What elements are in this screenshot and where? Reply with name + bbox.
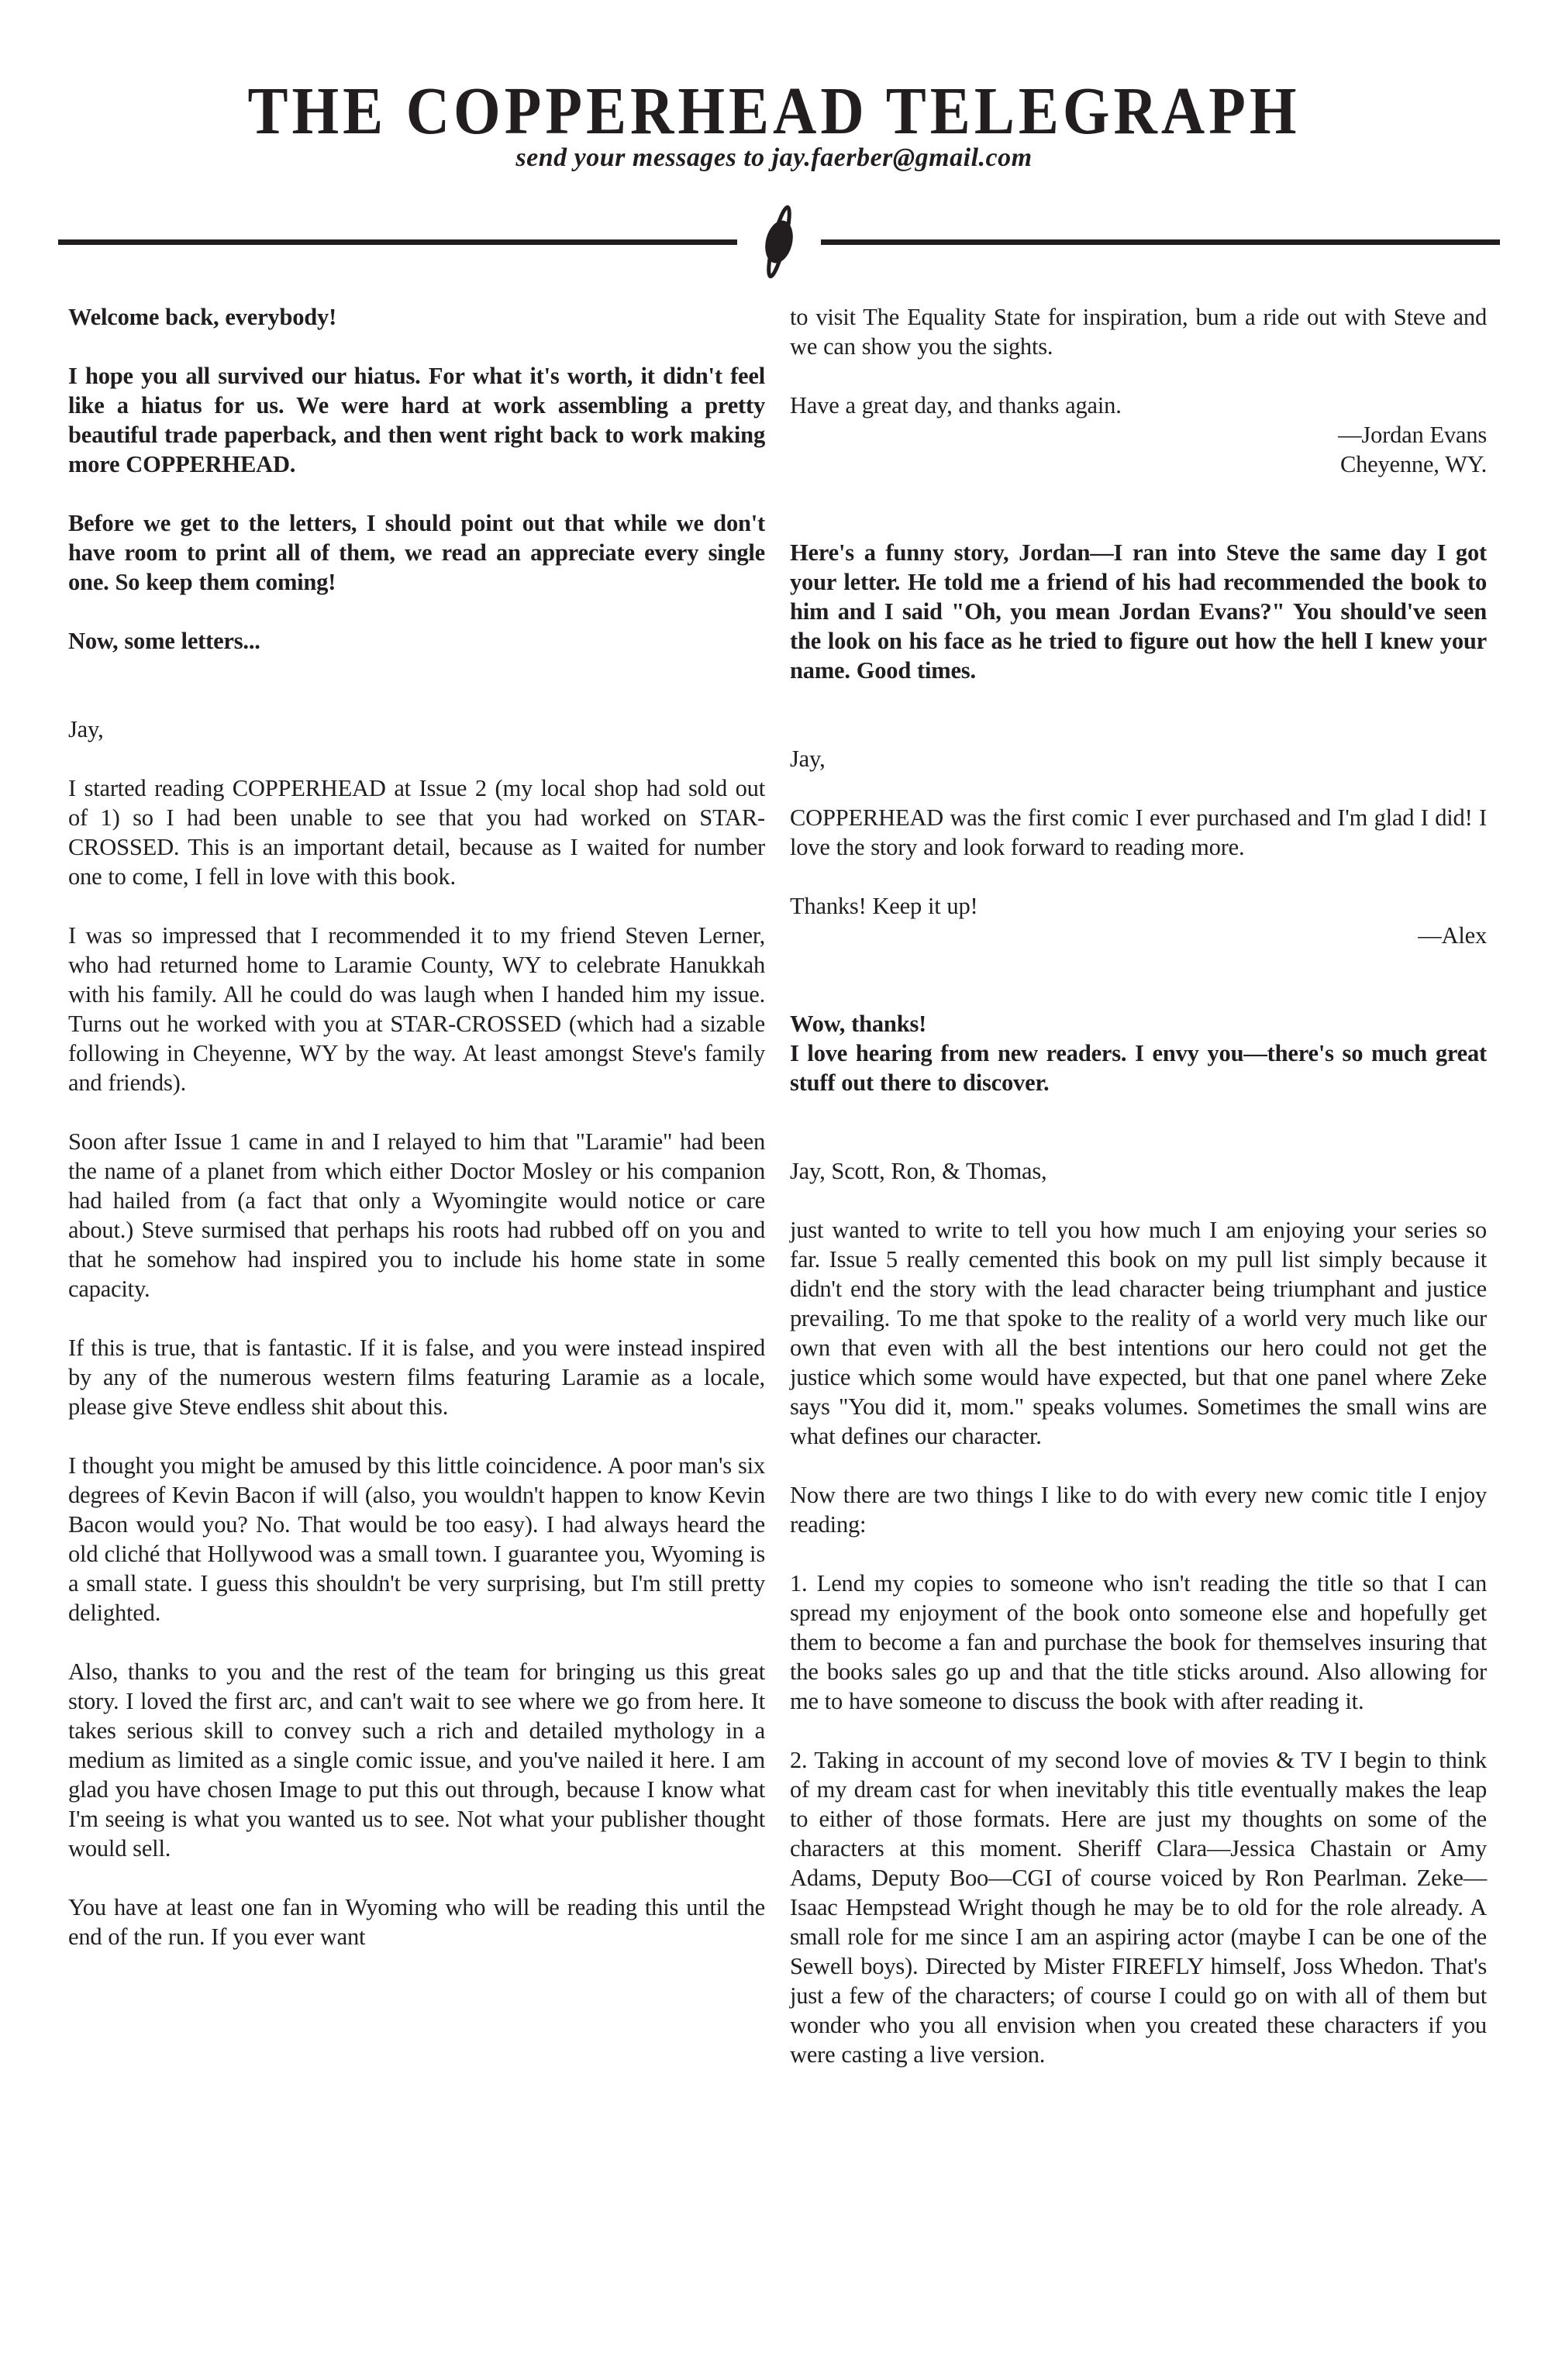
- paragraph: Jay, Scott, Ron, & Thomas,: [790, 1156, 1487, 1186]
- paragraph: I love hearing from new readers. I envy …: [790, 1038, 1487, 1097]
- paragraph: Wow, thanks!: [790, 1009, 1487, 1038]
- paragraph: You have at least one fan in Wyoming who…: [68, 1893, 765, 1951]
- paragraph: —Alex: [790, 921, 1487, 950]
- left-column: Welcome back, everybody!I hope you all s…: [68, 302, 765, 2069]
- paragraph: Here's a funny story, Jordan—I ran into …: [790, 538, 1487, 685]
- paragraph: Welcome back, everybody!: [68, 302, 765, 332]
- paragraph: —Jordan Evans: [790, 420, 1487, 449]
- paragraph: If this is true, that is fantastic. If i…: [68, 1333, 765, 1421]
- paragraph: Also, thanks to you and the rest of the …: [68, 1657, 765, 1863]
- paragraph: 1. Lend my copies to someone who isn't r…: [790, 1569, 1487, 1716]
- divider-rule-left: [58, 239, 737, 245]
- page-title: THE COPPERHEAD TELEGRAPH: [0, 77, 1548, 144]
- paragraph: Before we get to the letters, I should p…: [68, 508, 765, 597]
- divider-rule-right: [821, 239, 1500, 245]
- paragraph: just wanted to write to tell you how muc…: [790, 1215, 1487, 1451]
- paragraph: Now, some letters...: [68, 626, 765, 656]
- paragraph: I was so impressed that I recommended it…: [68, 921, 765, 1097]
- section-divider: [58, 203, 1500, 281]
- paragraph: I thought you might be amused by this li…: [68, 1451, 765, 1627]
- saturn-planet-icon: [757, 203, 801, 281]
- paragraph: Jay,: [68, 715, 765, 744]
- paragraph: I started reading COPPERHEAD at Issue 2 …: [68, 773, 765, 891]
- letters-page: { "theme": { "ink": "#221e1f", "paper": …: [0, 0, 1548, 2380]
- letters-columns: Welcome back, everybody!I hope you all s…: [0, 302, 1548, 2069]
- paragraph: Now there are two things I like to do wi…: [790, 1480, 1487, 1539]
- right-column: to visit The Equality State for inspirat…: [790, 302, 1487, 2069]
- paragraph: Jay,: [790, 744, 1487, 773]
- paragraph: Have a great day, and thanks again.: [790, 391, 1487, 420]
- paragraph: Cheyenne, WY.: [790, 449, 1487, 479]
- paragraph: COPPERHEAD was the first comic I ever pu…: [790, 803, 1487, 862]
- paragraph: Soon after Issue 1 came in and I relayed…: [68, 1127, 765, 1304]
- paragraph: 2. Taking in account of my second love o…: [790, 1745, 1487, 2069]
- paragraph: I hope you all survived our hiatus. For …: [68, 361, 765, 479]
- page-header: THE COPPERHEAD TELEGRAPH send your messa…: [0, 81, 1548, 172]
- paragraph: Thanks! Keep it up!: [790, 891, 1487, 921]
- paragraph: to visit The Equality State for inspirat…: [790, 302, 1487, 361]
